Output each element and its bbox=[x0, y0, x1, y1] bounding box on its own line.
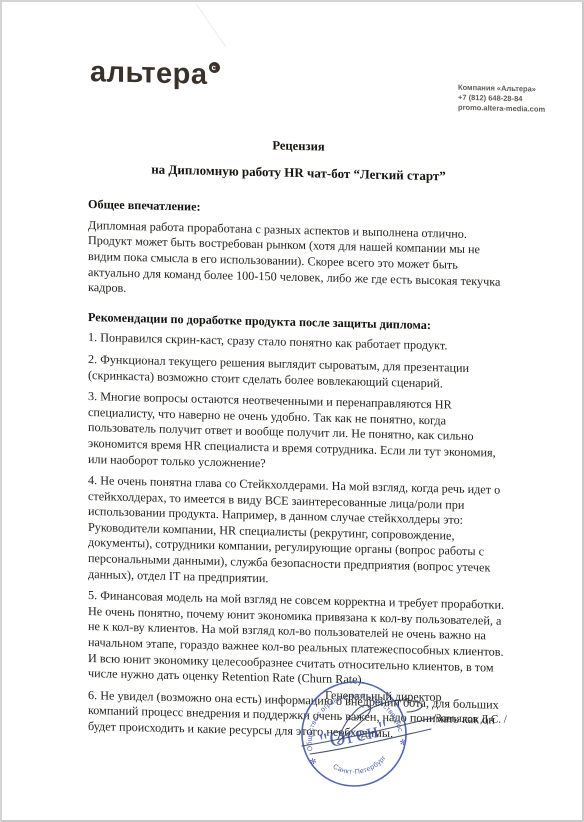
recommendation-item: 6. Не увидел (возможно она есть) информа… bbox=[88, 688, 509, 745]
document-subtitle: на Дипломную работу HR чат-бот “Легкий с… bbox=[88, 160, 509, 186]
copyright-mark-icon: c bbox=[209, 62, 220, 73]
scanned-review-page: альтераc Компания «Альтера» +7 (812) 648… bbox=[0, 0, 584, 822]
recommendation-item: 2. Функционал текущего решения выглядит … bbox=[88, 352, 509, 393]
contact-block: Компания «Альтера» +7 (812) 648-28-84 pr… bbox=[458, 83, 545, 115]
section-recommendations: Рекомендации по доработке продукта после… bbox=[88, 310, 509, 745]
stamp-city-text: Санкт-Петербург bbox=[330, 752, 390, 781]
scan-crease bbox=[196, 3, 227, 47]
review-document-body: Рецензия на Дипломную работу HR чат-бот … bbox=[88, 134, 509, 751]
altera-logo-text: альтера bbox=[90, 56, 208, 91]
recommendation-item: 4. Не очень понятна глава со Стейкхолдер… bbox=[88, 473, 509, 592]
section-general-impression: Общее впечатление: Дипломная работа прор… bbox=[88, 197, 509, 305]
stamp-star-left-icon: ✻ bbox=[309, 756, 318, 766]
document-title: Рецензия bbox=[88, 134, 509, 160]
paragraph: Дипломная работа проработана с разных ас… bbox=[88, 218, 509, 306]
recommendation-item: 5. Финансовая модель на мой взгляд не со… bbox=[88, 588, 509, 691]
scan-tilt-wrapper: альтераc Компания «Альтера» +7 (812) 648… bbox=[2, 2, 584, 16]
altera-logo: альтераc bbox=[90, 56, 220, 92]
recommendation-item: 1. Понравился скрин-каст, сразу стало по… bbox=[88, 330, 509, 356]
contact-website: promo.altera-media.com bbox=[458, 103, 545, 115]
recommendation-item: 3. Многие вопросы остаются неотвеченными… bbox=[88, 389, 509, 477]
